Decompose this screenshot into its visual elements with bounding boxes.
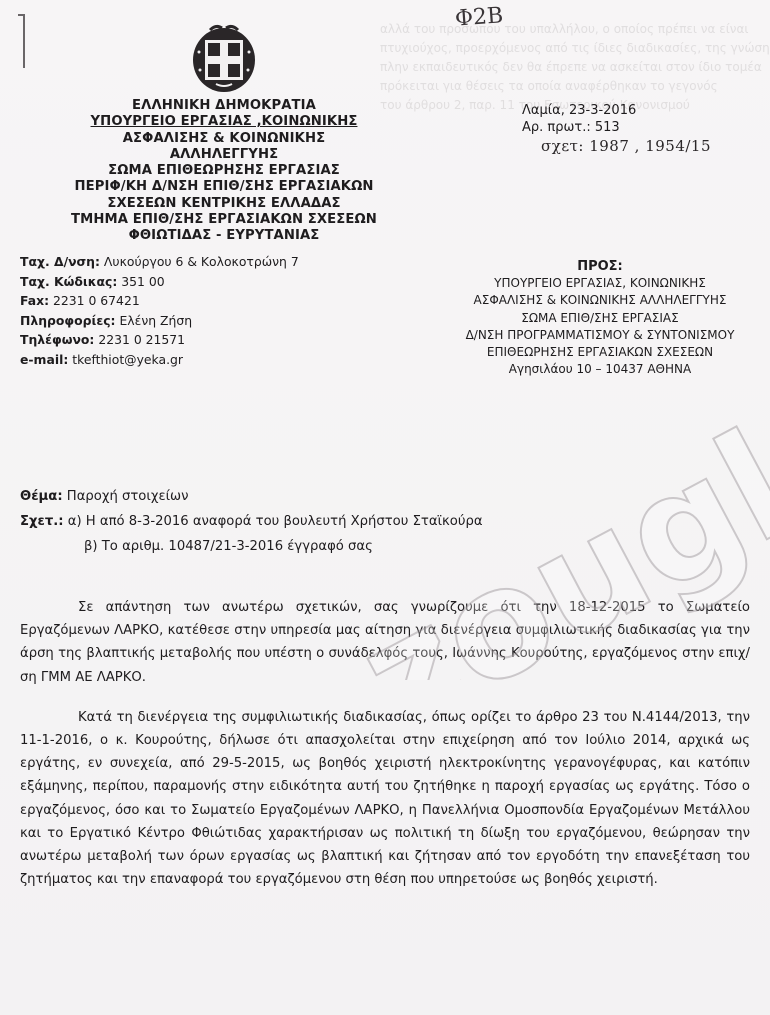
contact-row: Πληροφορίες: Ελένη Ζήση <box>20 311 299 331</box>
margin-bracket-mark <box>23 14 25 68</box>
body-paragraph: Σε απάντηση των ανωτέρω σχετικών, σας γν… <box>20 596 750 689</box>
contact-label: Ταχ. Κώδικας: <box>20 274 117 289</box>
contact-label: Πληροφορίες: <box>20 313 116 328</box>
protocol-number-line: Αρ. πρωτ.: 513 <box>522 119 636 136</box>
contact-row: Ταχ. Δ/νση: Λυκούργου 6 & Κολοκοτρώνη 7 <box>20 252 299 272</box>
contact-row: Ταχ. Κώδικας: 351 00 <box>20 272 299 292</box>
subject-label: Θέμα: <box>20 489 63 504</box>
contact-row: Τηλέφωνο: 2231 0 21571 <box>20 330 299 350</box>
header-line: ΤΜΗΜΑ ΕΠΙΘ/ΣΗΣ ΕΡΓΑΣΙΑΚΩΝ ΣΧΕΣΕΩΝ <box>70 212 378 228</box>
related-line: Σχετ.: α) Η από 8-3-2016 αναφορά του βου… <box>20 509 483 534</box>
contact-row: e-mail: tkefthiot@yeka.gr <box>20 350 299 370</box>
contact-label: Ταχ. Δ/νση: <box>20 254 100 269</box>
header-line: ΠΕΡΙΦ/ΚΗ Δ/ΝΣΗ ΕΠΙΘ/ΣΗΣ ΕΡΓΑΣΙΑΚΩΝ <box>70 179 378 195</box>
header-line: ΦΘΙΩΤΙΔΑΣ - ΕΥΡΥΤΑΝΙΑΣ <box>70 228 378 244</box>
contact-label: Fax: <box>20 293 49 308</box>
reference-block: Λαμία, 23-3-2016 Αρ. πρωτ.: 513 <box>522 102 636 136</box>
contact-value: Ελένη Ζήση <box>119 313 192 328</box>
recipient-line: ΥΠΟΥΡΓΕΙΟ ΕΡΓΑΣΙΑΣ, ΚΟΙΝΩΝΙΚΗΣ <box>440 275 760 292</box>
contact-details: Ταχ. Δ/νση: Λυκούργου 6 & Κολοκοτρώνη 7 … <box>20 252 299 369</box>
recipient-line: ΣΩΜΑ ΕΠΙΘ/ΣΗΣ ΕΡΓΑΣΙΑΣ <box>440 310 760 327</box>
recipient-line: ΑΣΦΑΛΙΣΗΣ & ΚΟΙΝΩΝΙΚΗΣ ΑΛΛΗΛΕΓΓΥΗΣ <box>440 292 760 309</box>
related-item: β) Το αριθμ. 10487/21-3-2016 έγγραφό σας <box>20 534 483 559</box>
document-page: αλλά του προσώπου του υπαλλήλου, ο οποίο… <box>0 0 770 1015</box>
header-line: ΣΩΜΑ ΕΠΙΘΕΩΡΗΣΗΣ ΕΡΓΑΣΙΑΣ <box>70 163 378 179</box>
subject-block: Θέμα: Παροχή στοιχείων Σχετ.: α) Η από 8… <box>20 484 483 559</box>
subject-text: Παροχή στοιχείων <box>67 489 189 504</box>
handwritten-page-number: Φ2Β <box>454 3 504 31</box>
recipient-line: Αγησιλάου 10 – 10437 ΑΘΗΝΑ <box>440 361 760 378</box>
bleed-through-text: αλλά του προσώπου του υπαλλήλου, ο οποίο… <box>380 20 770 115</box>
contact-email: tkefthiot@yeka.gr <box>72 352 183 367</box>
issuing-authority-header: ΕΛΛΗΝΙΚΗ ΔΗΜΟΚΡΑΤΙΑ ΥΠΟΥΡΓΕΙΟ ΕΡΓΑΣΙΑΣ ,… <box>70 98 378 245</box>
related-item: α) Η από 8-3-2016 αναφορά του βουλευτή Χ… <box>68 514 483 529</box>
contact-row: Fax: 2231 0 67421 <box>20 291 299 311</box>
contact-value: Λυκούργου 6 & Κολοκοτρώνη 7 <box>104 254 299 269</box>
recipient-block: ΠΡΟΣ: ΥΠΟΥΡΓΕΙΟ ΕΡΓΑΣΙΑΣ, ΚΟΙΝΩΝΙΚΗΣ ΑΣΦ… <box>440 258 760 378</box>
protocol-label: Αρ. πρωτ.: <box>522 120 591 135</box>
subject-line: Θέμα: Παροχή στοιχείων <box>20 484 483 509</box>
contact-label: e-mail: <box>20 352 68 367</box>
header-line: ΥΠΟΥΡΓΕΙΟ ΕΡΓΑΣΙΑΣ ,ΚΟΙΝΩΝΙΚΗΣ <box>70 114 378 130</box>
contact-value: 2231 0 21571 <box>98 332 185 347</box>
place-date: Λαμία, 23-3-2016 <box>522 102 636 119</box>
recipient-line: Δ/ΝΣΗ ΠΡΟΓΡΑΜΜΑΤΙΣΜΟΥ & ΣΥΝΤΟΝΙΣΜΟΥ <box>440 327 760 344</box>
related-label: Σχετ.: <box>20 514 64 529</box>
handwritten-reference: σχετ: 1987 , 1954/15 <box>541 137 711 155</box>
header-line: ΣΧΕΣΕΩΝ ΚΕΝΤΡΙΚΗΣ ΕΛΛΑΔΑΣ <box>70 196 378 212</box>
letter-body: Σε απάντηση των ανωτέρω σχετικών, σας γν… <box>20 596 750 908</box>
contact-value: 2231 0 67421 <box>53 293 140 308</box>
recipient-line: ΕΠΙΘΕΩΡΗΣΗΣ ΕΡΓΑΣΙΑΚΩΝ ΣΧΕΣΕΩΝ <box>440 344 760 361</box>
body-paragraph: Κατά τη διενέργεια της συμφιλιωτικής δια… <box>20 706 750 892</box>
header-line: ΑΣΦΑΛΙΣΗΣ & ΚΟΙΝΩΝΙΚΗΣ ΑΛΛΗΛΕΓΓΥΗΣ <box>70 131 378 164</box>
recipient-title: ΠΡΟΣ: <box>440 258 760 275</box>
contact-label: Τηλέφωνο: <box>20 332 94 347</box>
protocol-number: 513 <box>595 120 620 135</box>
greek-state-emblem-icon <box>190 22 258 96</box>
contact-value: 351 00 <box>121 274 164 289</box>
header-line: ΕΛΛΗΝΙΚΗ ΔΗΜΟΚΡΑΤΙΑ <box>70 98 378 114</box>
